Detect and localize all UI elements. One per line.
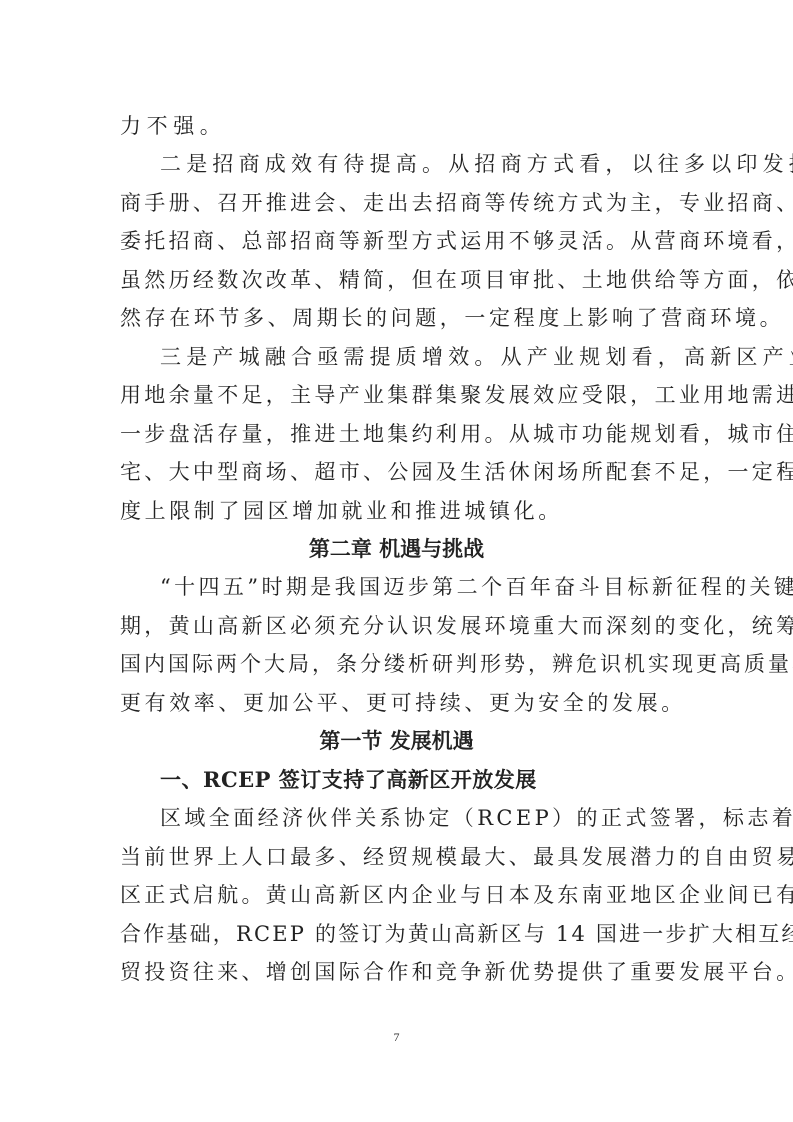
paragraph-line: 虽然历经数次改革、精简，但在项目审批、土地供给等方面，依 (120, 266, 680, 294)
paragraph-line: 宅、大中型商场、超市、公园及生活休闲场所配套不足，一定程 (120, 458, 680, 486)
paragraph-line: “十四五”时期是我国迈步第二个百年奋斗目标新征程的关键 (160, 573, 720, 601)
paragraph-line: 一步盘活存量，推进土地集约利用。从城市功能规划看，城市住 (120, 420, 680, 448)
section-heading: 第一节 发展机遇 (0, 727, 793, 755)
paragraph-line: 当前世界上人口最多、经贸规模最大、最具发展潜力的自由贸易 (120, 843, 680, 871)
paragraph-line: 用地余量不足，主导产业集群集聚发展效应受限，工业用地需进 (120, 381, 680, 409)
paragraph-line: 三是产城融合亟需提质增效。从产业规划看，高新区产业 (160, 343, 720, 371)
paragraph-line: 贸投资往来、增创国际合作和竞争新优势提供了重要发展平台。 (120, 958, 680, 986)
paragraph-line: 更有效率、更加公平、更可持续、更为安全的发展。 (120, 689, 680, 717)
paragraph-line: 期，黄山高新区必须充分认识发展环境重大而深刻的变化，统筹 (120, 612, 680, 640)
paragraph-line: 合作基础，RCEP 的签订为黄山高新区与 14 国进一步扩大相互经 (120, 920, 680, 948)
paragraph-line: 委托招商、总部招商等新型方式运用不够灵活。从营商环境看， (120, 227, 680, 255)
paragraph-line: 度上限制了园区增加就业和推进城镇化。 (120, 497, 680, 525)
document-page: 力不强。 二是招商成效有待提高。从招商方式看，以往多以印发招 商手册、召开推进会… (0, 0, 793, 1122)
page-number: 7 (0, 1030, 793, 1045)
paragraph-line: 商手册、召开推进会、走出去招商等传统方式为主，专业招商、 (120, 189, 680, 217)
subsection-heading: 一、RCEP 签订支持了高新区开放发展 (160, 766, 720, 794)
paragraph-line: 然存在环节多、周期长的问题，一定程度上影响了营商环境。 (120, 304, 680, 332)
paragraph-line: 二是招商成效有待提高。从招商方式看，以往多以印发招 (160, 150, 720, 178)
chapter-heading: 第二章 机遇与挑战 (0, 535, 793, 563)
paragraph-line: 力不强。 (120, 112, 680, 140)
paragraph-line: 区域全面经济伙伴关系协定（RCEP）的正式签署，标志着 (160, 804, 720, 832)
paragraph-line: 区正式启航。黄山高新区内企业与日本及东南亚地区企业间已有 (120, 881, 680, 909)
paragraph-line: 国内国际两个大局，条分缕析研判形势，辨危识机实现更高质量、 (120, 650, 680, 678)
